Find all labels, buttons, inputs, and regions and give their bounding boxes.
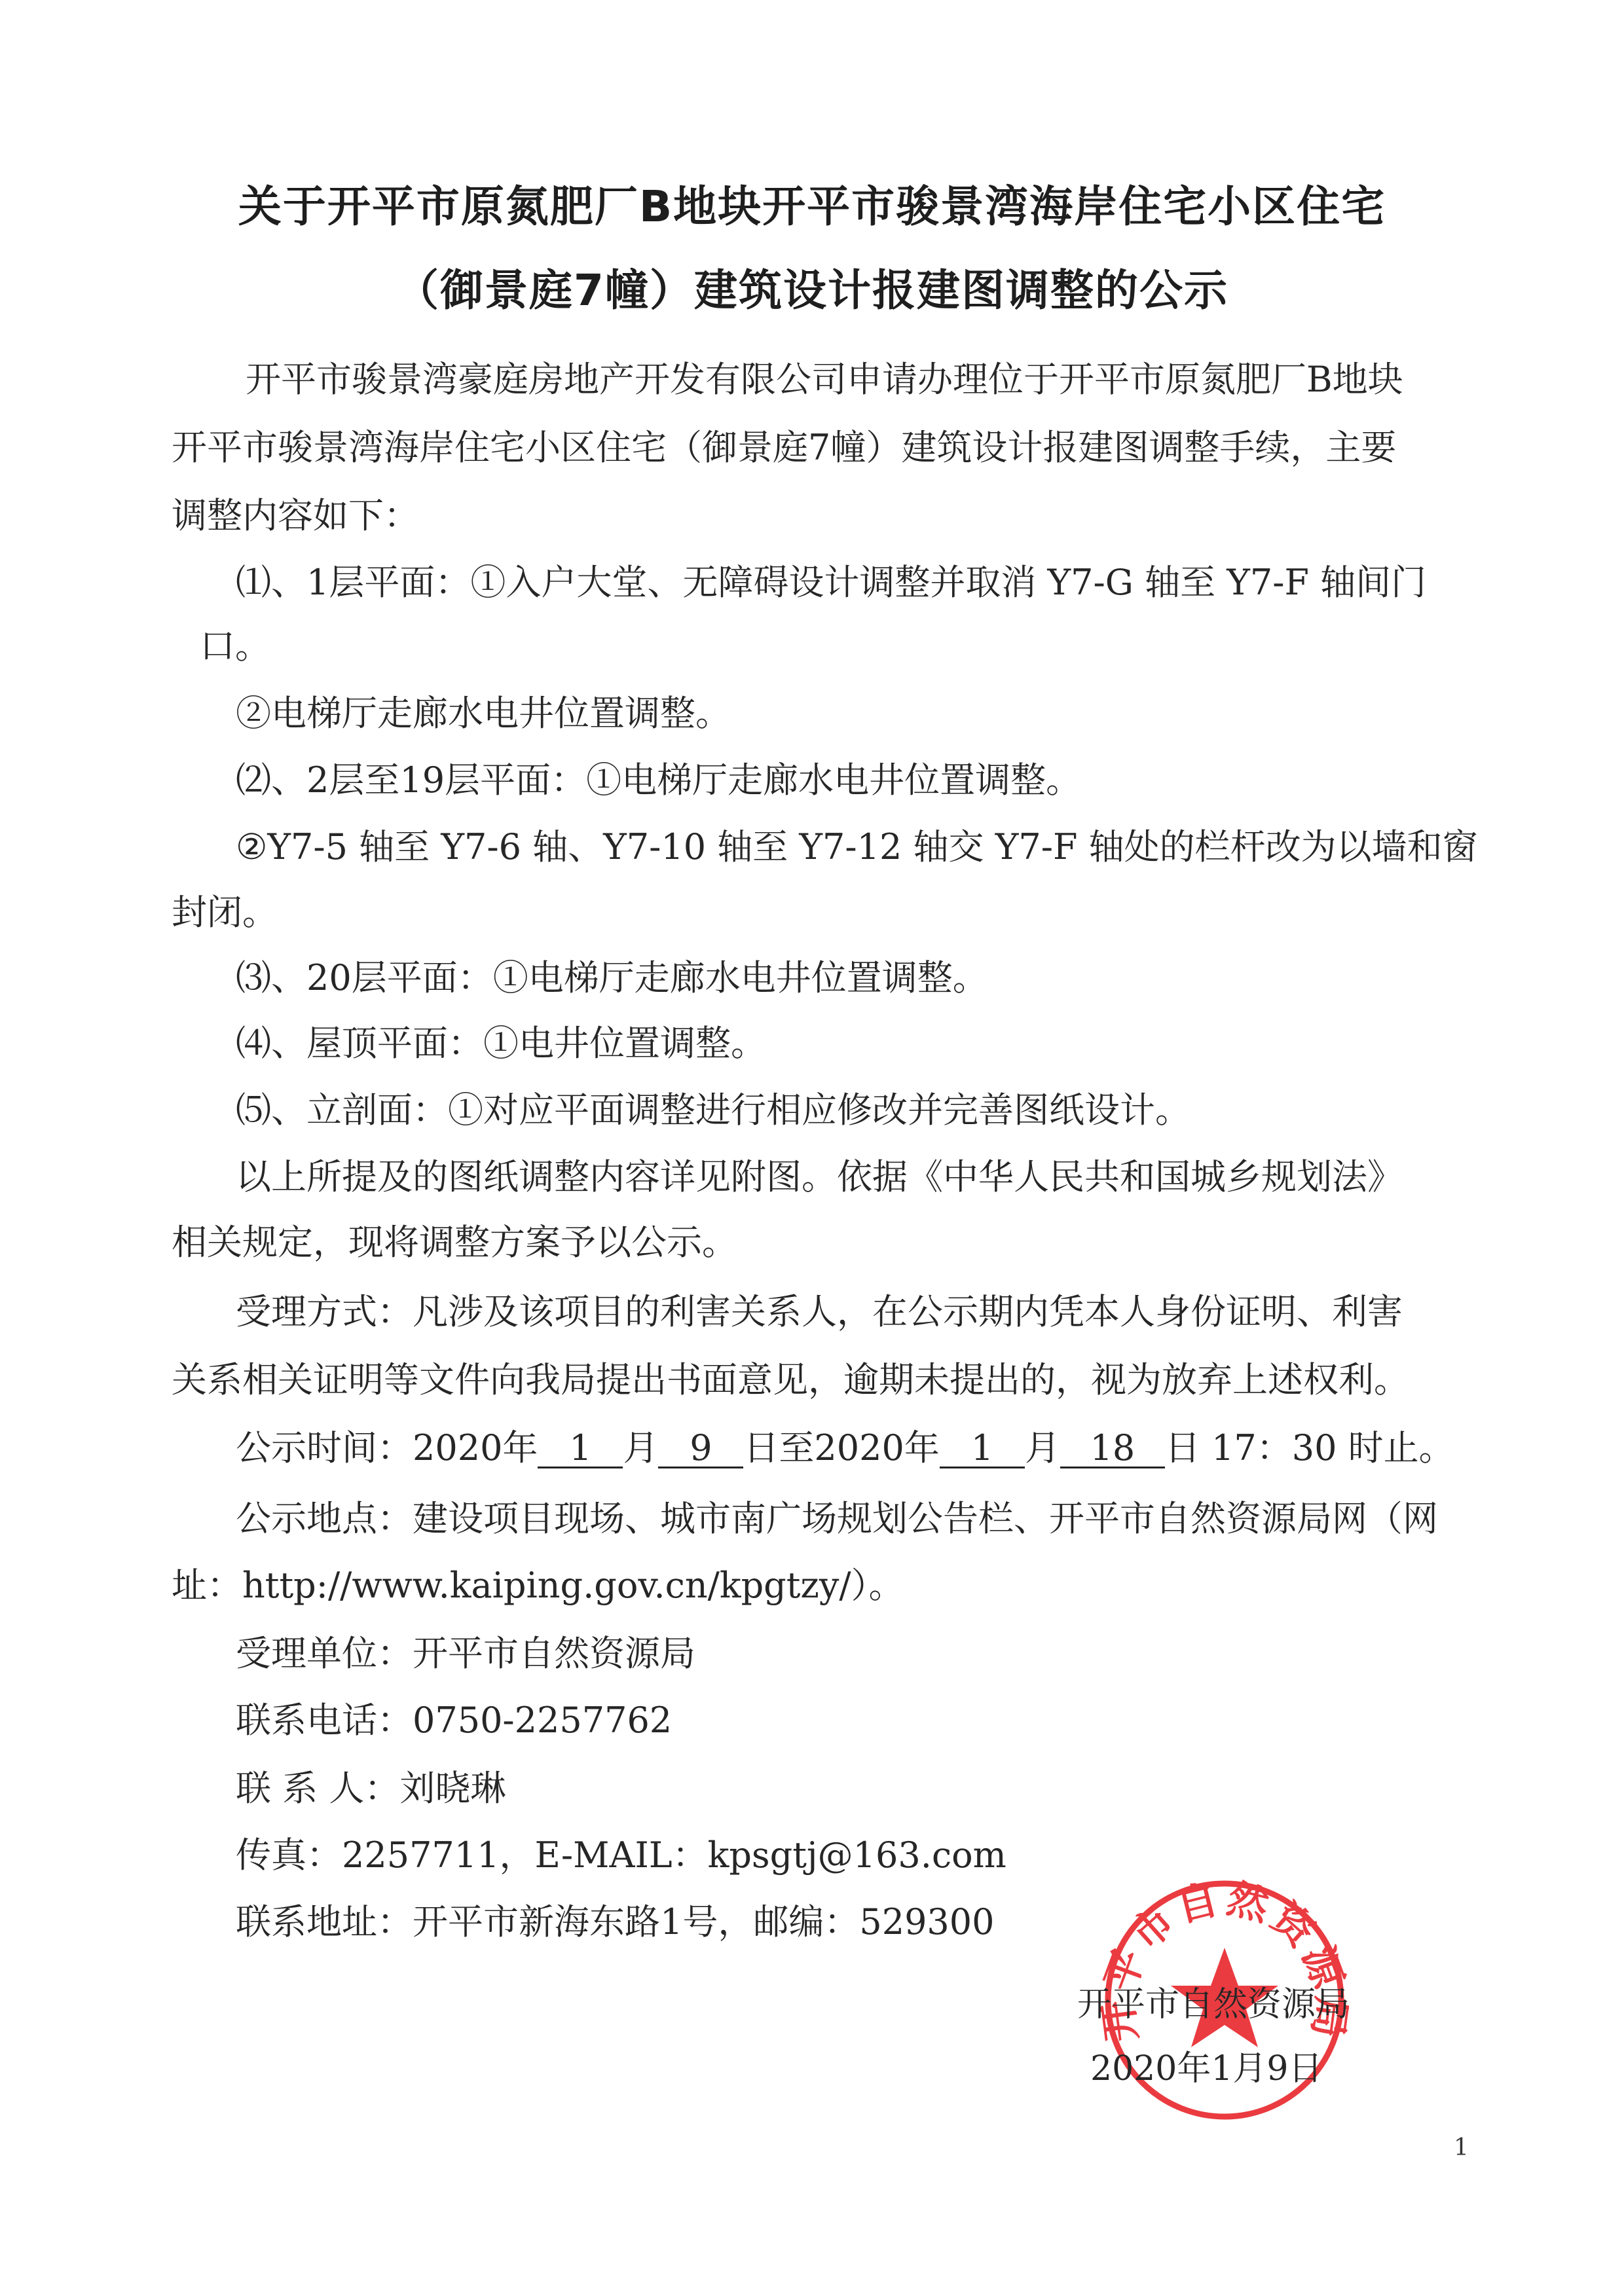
intro-line-1: 开平市骏景湾豪庭房地产开发有限公司申请办理位于开平市原氮肥厂B地块 [246, 359, 1403, 401]
intro-line-2: 开平市骏景湾海岸住宅小区住宅（御景庭7幢）建筑设计报建图调整手续，主要 [172, 427, 1396, 469]
item-1-line-1: ⑴、1层平面：①入户大堂、无障碍设计调整并取消 Y7-G 轴至 Y7-F 轴间门 [236, 562, 1426, 604]
document-title-line1: 关于开平市原氮肥厂B地块开平市骏景湾海岸住宅小区住宅 [0, 172, 1624, 234]
period-tail: 日 17：30 时止。 [1165, 1427, 1454, 1468]
item-1-line-2: 口。 [200, 625, 270, 667]
period-mid: 日至2020年 [743, 1427, 939, 1468]
document-title-line2: （御景庭7幢）建筑设计报建图调整的公示 [0, 255, 1624, 318]
period-start-day: 9 [658, 1430, 743, 1468]
item-2-line-1: ⑵、2层至19层平面：①电梯厅走廊水电井位置调整。 [236, 759, 1081, 801]
contact-fax-email: 传真：2257711，E-MAIL：kpsgtj@163.com [236, 1834, 1006, 1876]
acceptance-line-1: 受理方式：凡涉及该项目的利害关系人，在公示期内凭本人身份证明、利害 [236, 1291, 1403, 1333]
page-number: 1 [1454, 2134, 1469, 2161]
basis-line-2: 相关规定，现将调整方案予以公示。 [172, 1222, 737, 1264]
signature-date: 2020年1月9日 [1090, 2048, 1323, 2090]
contact-unit: 受理单位：开平市自然资源局 [236, 1633, 695, 1675]
contact-address: 联系地址：开平市新海东路1号，邮编：529300 [236, 1901, 995, 1943]
location-line-1: 公示地点：建设项目现场、城市南广场规划公告栏、开平市自然资源局网（网 [236, 1498, 1438, 1540]
period-end-day: 18 [1060, 1430, 1165, 1468]
item-4: ⑷、屋顶平面：①电井位置调整。 [236, 1023, 766, 1065]
period-label: 公示时间：2020年 [236, 1427, 538, 1468]
contact-phone: 联系电话：0750-2257762 [236, 1700, 672, 1741]
item-3: ⑶、20层平面：①电梯厅走廊水电井位置调整。 [236, 957, 988, 999]
period-month-char-1: 月 [623, 1427, 658, 1468]
item-2-sub-2-line-2: 封闭。 [172, 892, 278, 934]
basis-line-1: 以上所提及的图纸调整内容详见附图。依据《中华人民共和国城乡规划法》 [236, 1156, 1403, 1198]
signature-org: 开平市自然资源局 [1077, 1984, 1350, 2026]
item-2-sub-2-line-1: ②Y7-5 轴至 Y7-6 轴、Y7-10 轴至 Y7-12 轴交 Y7-F 轴… [236, 826, 1478, 868]
period-month-char-2: 月 [1025, 1427, 1060, 1468]
document-page: 关于开平市原氮肥厂B地块开平市骏景湾海岸住宅小区住宅 （御景庭7幢）建筑设计报建… [0, 0, 1624, 2296]
period-start-month: 1 [538, 1430, 623, 1468]
intro-line-3: 调整内容如下： [172, 495, 419, 537]
item-1-sub-2: ②电梯厅走廊水电井位置调整。 [236, 693, 731, 735]
contact-person: 联 系 人：刘晓琳 [236, 1768, 506, 1810]
publicity-period: 公示时间：2020年1月9日至2020年1月18日 17：30 时止。 [236, 1427, 1454, 1469]
location-line-2: 址：http://www.kaiping.gov.cn/kpgtzy/）。 [172, 1565, 904, 1607]
item-5: ⑸、立剖面：①对应平面调整进行相应修改并完善图纸设计。 [236, 1089, 1190, 1131]
period-end-month: 1 [940, 1430, 1025, 1468]
acceptance-line-2: 关系相关证明等文件向我局提出书面意见，逾期未提出的，视为放弃上述权利。 [172, 1359, 1409, 1401]
